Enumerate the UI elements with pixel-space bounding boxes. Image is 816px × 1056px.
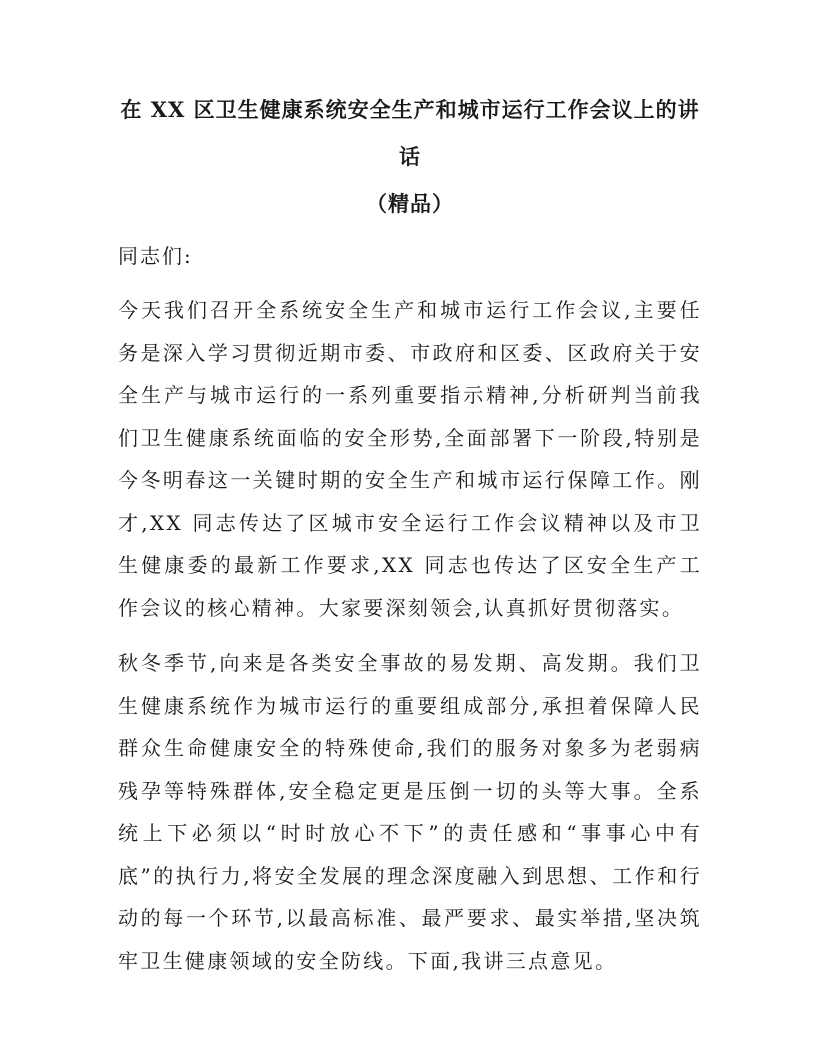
paragraph-2: 秋冬季节,向来是各类安全事故的易发期、高发期。我们卫生健康系统作为城市运行的重要… bbox=[118, 642, 702, 982]
salutation: 同志们: bbox=[118, 235, 702, 277]
title-line-1: 在 XX 区卫生健康系统安全生产和城市运行工作会议上的讲话 bbox=[118, 86, 702, 180]
paragraph-1: 今天我们召开全系统安全生产和城市运行工作会议,主要任务是深入学习贯彻近期市委、市… bbox=[118, 289, 702, 629]
title-line-2: （精品） bbox=[118, 180, 702, 227]
document-page: 在 XX 区卫生健康系统安全生产和城市运行工作会议上的讲话 （精品） 同志们: … bbox=[0, 0, 816, 1056]
document-title: 在 XX 区卫生健康系统安全生产和城市运行工作会议上的讲话 （精品） bbox=[118, 86, 702, 227]
